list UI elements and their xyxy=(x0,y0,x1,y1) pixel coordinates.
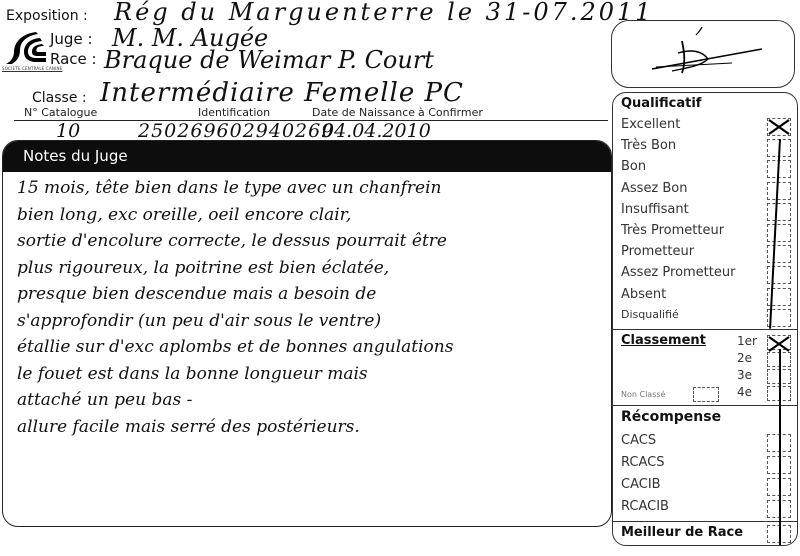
qualificatif-option: Très Bon xyxy=(621,138,676,153)
note-line: plus rigoureux, la poitrine est bien écl… xyxy=(17,258,389,278)
non-classe-checkbox[interactable] xyxy=(693,387,719,402)
classement-title: Classement xyxy=(621,333,706,348)
naissance-label: Date de Naissance xyxy=(312,106,415,119)
scc-logo-icon xyxy=(6,30,50,66)
recompense-title: Récompense xyxy=(621,409,721,425)
note-line: bien long, exc oreille, oeil encore clai… xyxy=(17,205,351,225)
juge-label: Juge : xyxy=(50,30,93,48)
judge-signature-icon xyxy=(612,21,794,87)
classe-value: Intermédiaire Femelle PC xyxy=(100,78,464,108)
note-line: étallie sur d'exc aplombs et de bonnes a… xyxy=(17,337,453,357)
rank-label: 2e xyxy=(737,351,752,365)
note-line: presque bien descendue mais a besoin de xyxy=(17,284,376,304)
qualificatif-option: Disqualifié xyxy=(621,308,679,321)
race-label: Race : xyxy=(50,50,97,68)
divider xyxy=(613,329,797,330)
pen-stroke xyxy=(779,349,781,545)
note-line: attaché un peu bas - xyxy=(17,390,192,410)
qualificatif-checkbox[interactable] xyxy=(767,203,791,221)
divider xyxy=(613,405,797,406)
rank-checkbox[interactable] xyxy=(767,335,791,350)
note-line: le fouet est dans la bonne longueur mais xyxy=(17,364,368,384)
qualificatif-checkbox[interactable] xyxy=(767,224,791,242)
exposition-value: Rég du Marguenterre le 31-07.2011 xyxy=(114,0,654,26)
qualificatif-option: Assez Bon xyxy=(621,181,688,196)
rank-label: 3e xyxy=(737,368,752,382)
qualificatif-option: Insuffisant xyxy=(621,202,689,217)
note-line: 15 mois, tête bien dans le type avec un … xyxy=(17,178,442,198)
qualificatif-checkbox[interactable] xyxy=(767,245,791,263)
divider xyxy=(613,521,797,522)
classe-label: Classe : xyxy=(32,90,87,106)
identification-value: 250269602940269 xyxy=(138,120,334,142)
identification-label: Identification xyxy=(198,106,270,119)
qualificatif-checkbox[interactable] xyxy=(767,182,791,200)
recompense-option: CACIB xyxy=(621,477,661,492)
signature-box xyxy=(611,20,795,88)
qualificatif-option: Assez Prometteur xyxy=(621,265,735,280)
note-line: s'approfondir (un peu d'air sous le vent… xyxy=(17,311,381,331)
catalogue-label: N° Catalogue xyxy=(24,106,97,119)
note-line: allure facile mais serré des postérieurs… xyxy=(17,417,360,437)
qualificatif-checkbox[interactable] xyxy=(767,118,791,136)
recompense-option: CACS xyxy=(621,433,656,448)
recompense-option: RCACIB xyxy=(621,499,669,514)
qualificatif-option: Excellent xyxy=(621,117,680,132)
rank-label: 4e xyxy=(737,385,752,399)
judge-notes-panel: Notes du Juge 15 mois, tête bien dans le… xyxy=(2,140,612,527)
qualificatif-option: Prometteur xyxy=(621,244,694,259)
qualificatif-option: Très Prometteur xyxy=(621,223,724,238)
naissance-value: 04.04.2010 xyxy=(322,120,431,142)
qualificatif-title: Qualificatif xyxy=(621,96,701,111)
rank-label: 1er xyxy=(737,334,757,348)
race-value: Braque de Weimar P. Court xyxy=(104,46,434,74)
meilleur-label: Meilleur de Race xyxy=(621,525,743,540)
qualificatif-option: Absent xyxy=(621,287,666,302)
note-line: sortie d'encolure correcte, le dessus po… xyxy=(17,231,447,251)
results-panel: Qualificatif ExcellentTrès BonBonAssez B… xyxy=(612,92,798,546)
exposition-label: Exposition : xyxy=(6,8,88,24)
recompense-option: RCACS xyxy=(621,455,664,470)
notes-title: Notes du Juge xyxy=(3,141,611,172)
check-x-icon xyxy=(768,119,790,135)
non-classe-label: Non Classé xyxy=(621,390,665,399)
qualificatif-option: Bon xyxy=(621,159,646,174)
confirmer-label: à Confirmer xyxy=(418,106,483,119)
catalogue-value: 10 xyxy=(56,120,80,142)
